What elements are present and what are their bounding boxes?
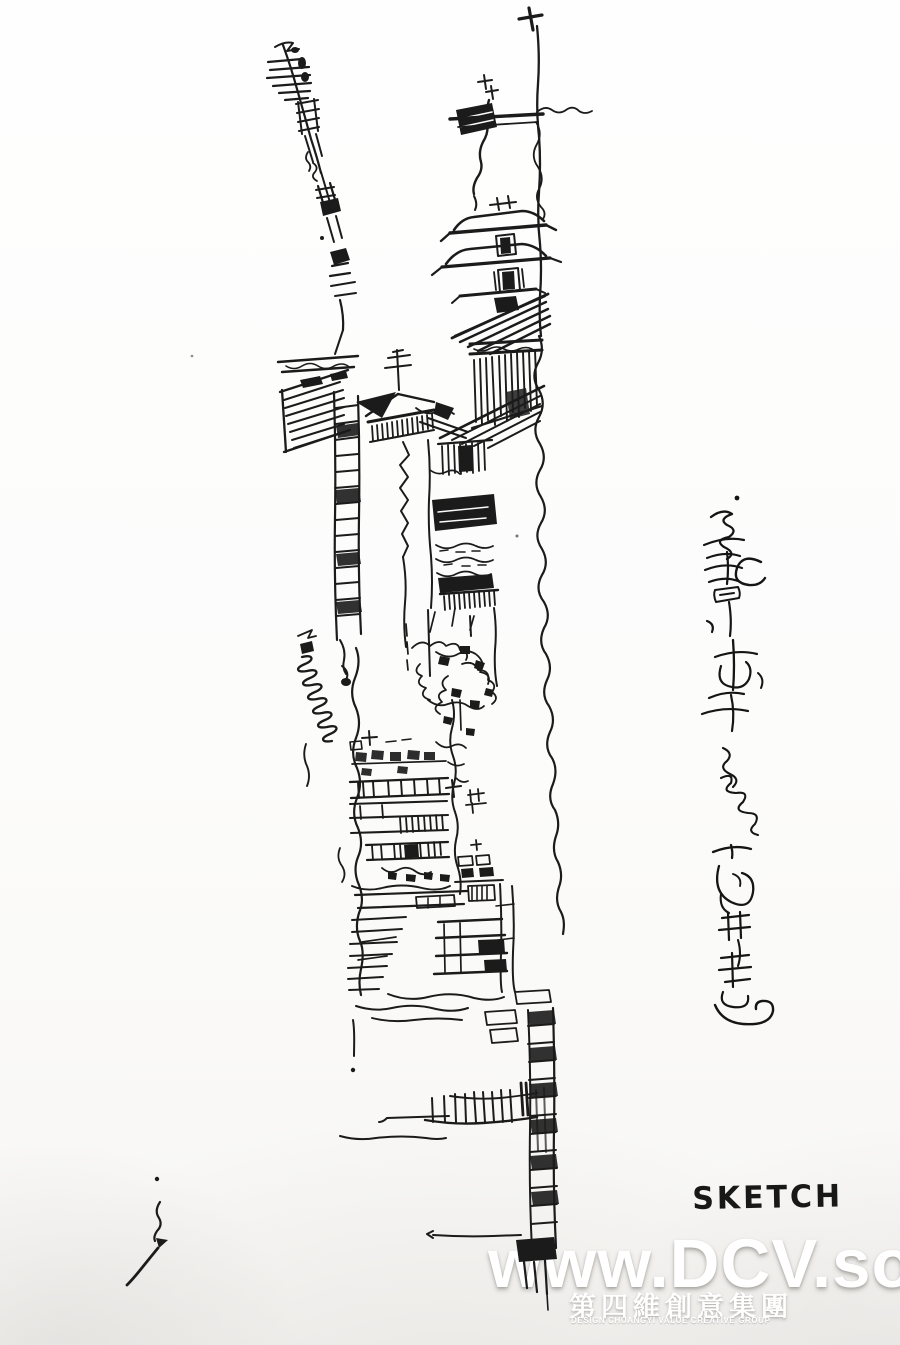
- rooftops: [278, 340, 544, 452]
- calligraphy-inscription: [702, 496, 773, 1025]
- stray-marks: [127, 355, 193, 1285]
- sketch-photo: www.DCV.so 第四維創意集團 DESIGN CHUANGYI VALUE…: [0, 0, 900, 1345]
- left-leaning-pole: [267, 43, 356, 355]
- utility-pole: [450, 75, 592, 219]
- left-corner-strip: [334, 392, 362, 686]
- top-cross-mark: [519, 8, 542, 30]
- street-sketch-drawing: [0, 0, 900, 1345]
- right-building-edge: [534, 26, 564, 934]
- stone-steps: [348, 884, 551, 1043]
- stone-pillar: [427, 1008, 559, 1310]
- window-facade: [350, 700, 461, 894]
- fence-railing: [340, 1083, 537, 1139]
- sketch-caption: SKETCH: [692, 1178, 843, 1217]
- left-wall-edge: [338, 648, 362, 1072]
- coiled-scribble-pole: [298, 630, 336, 786]
- center-tower-house: [400, 440, 498, 686]
- foliage: [406, 608, 496, 782]
